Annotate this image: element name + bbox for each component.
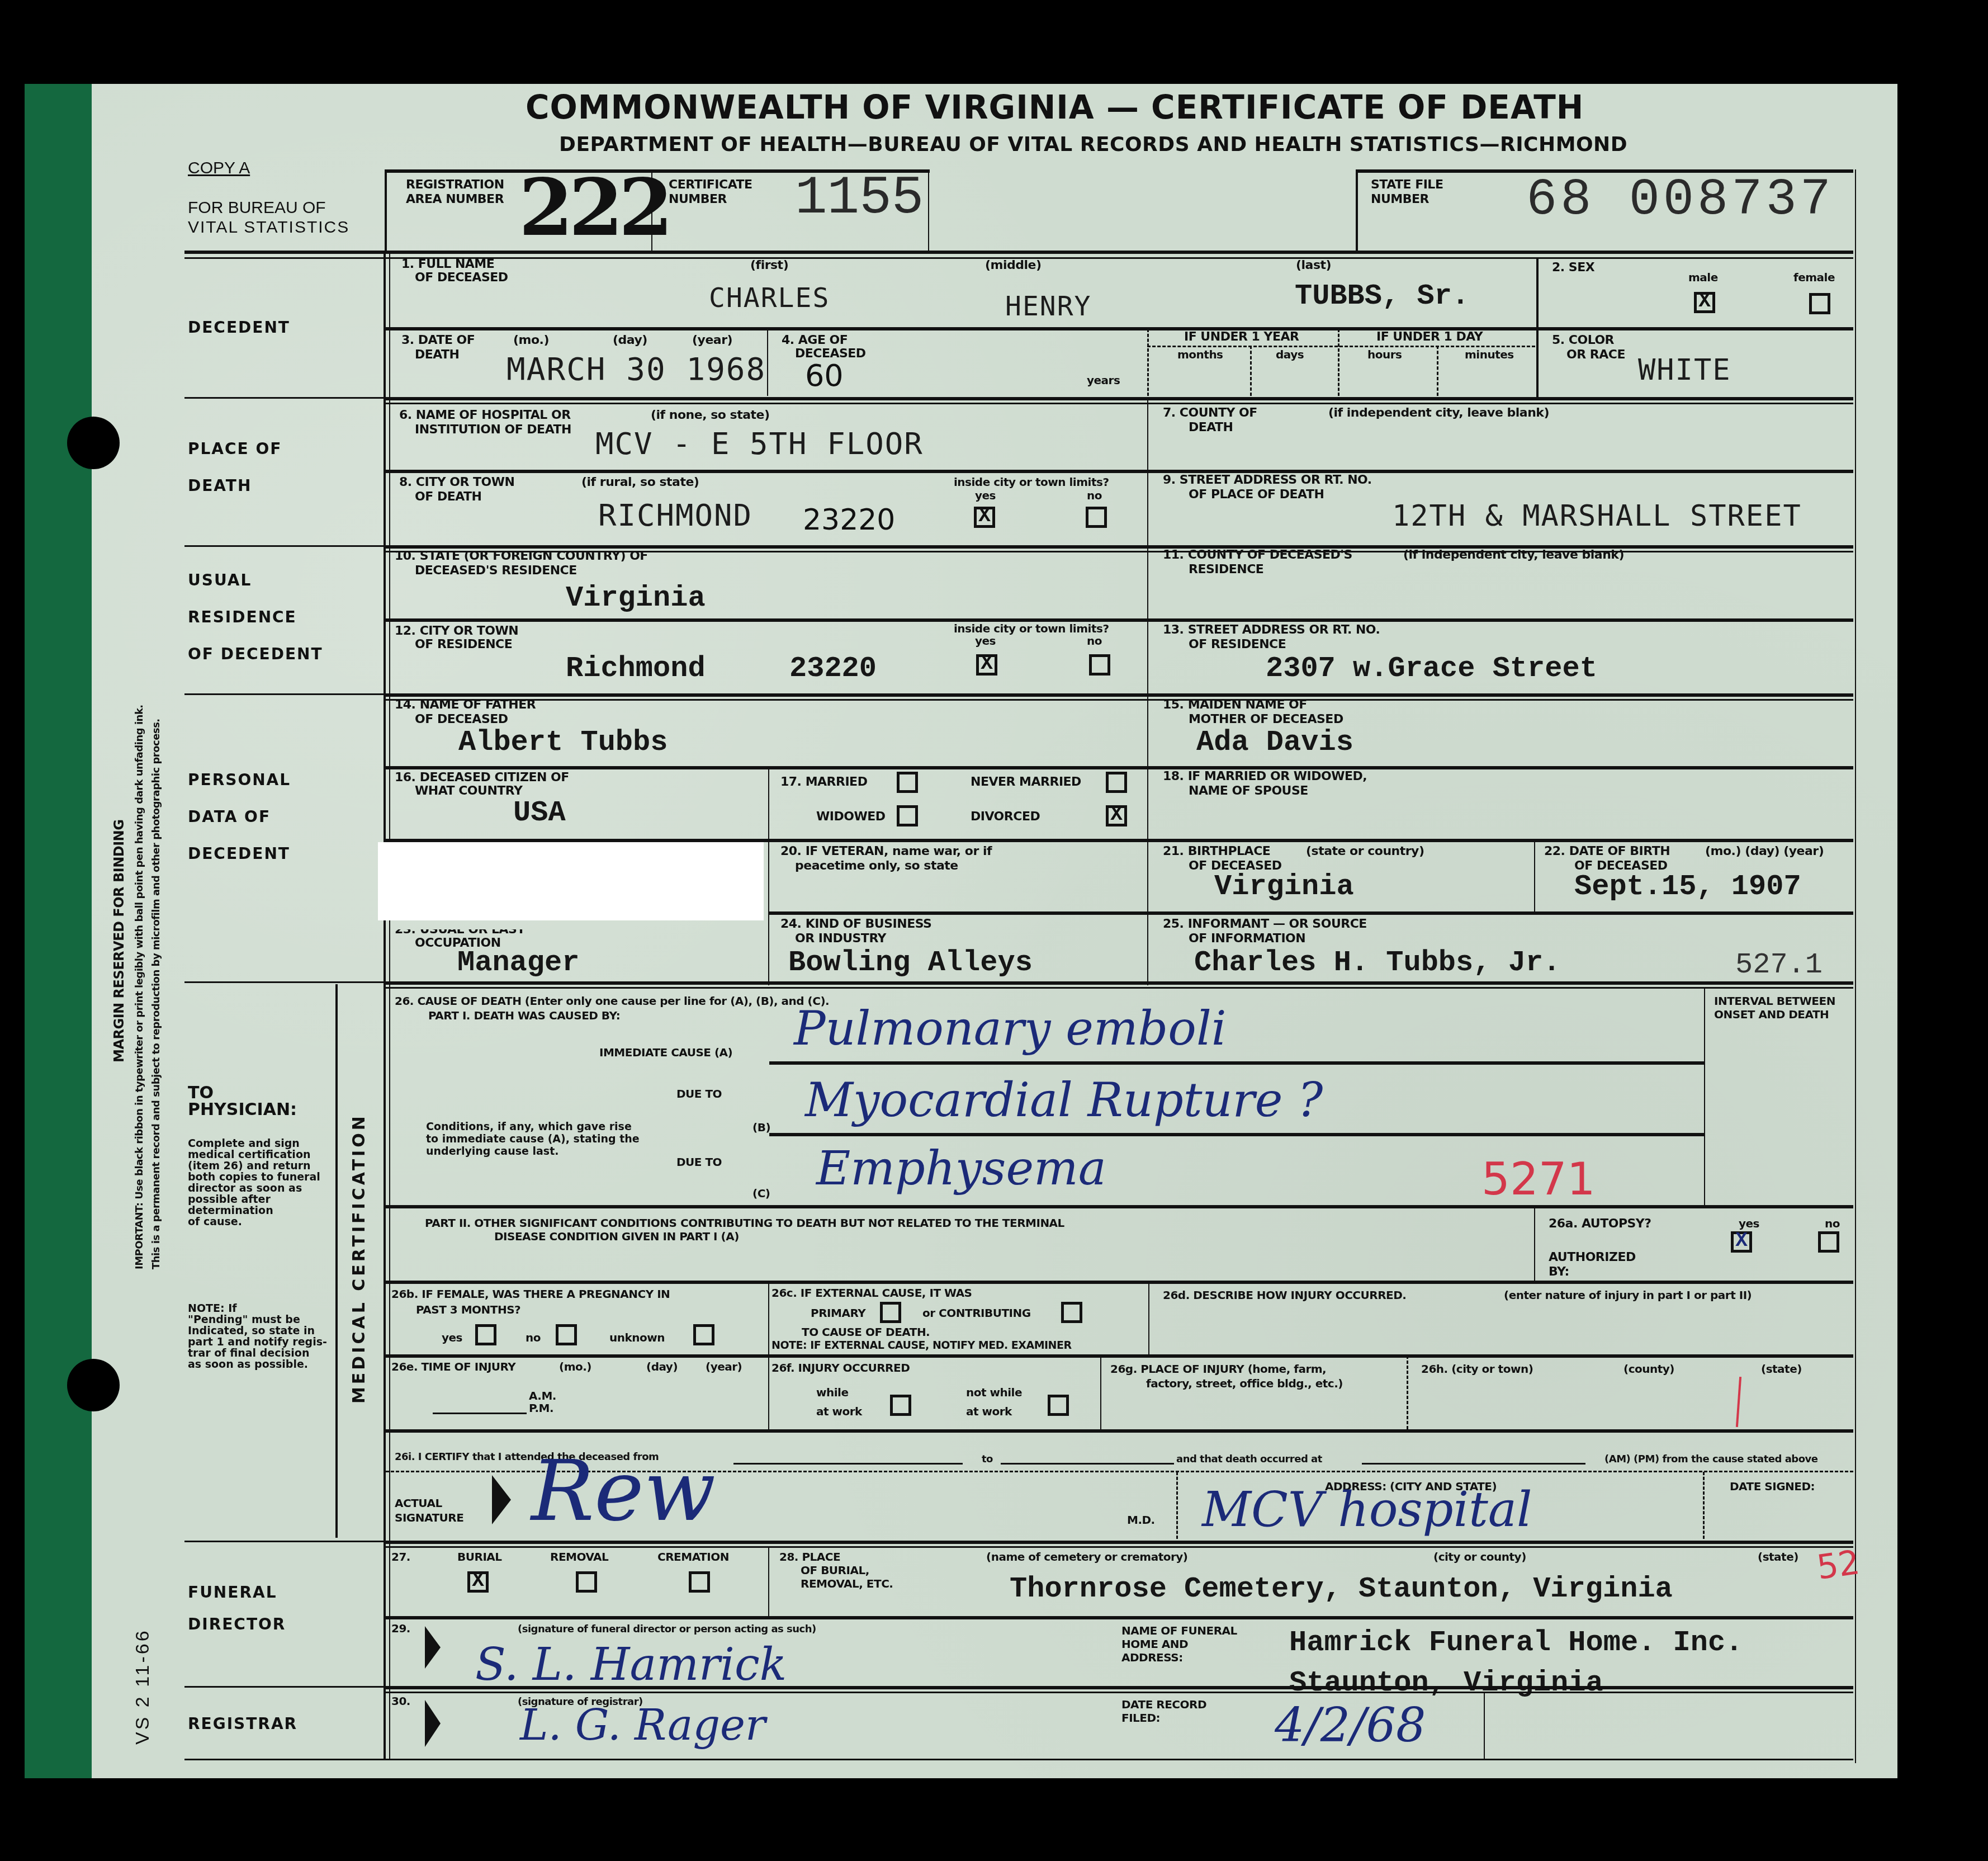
father-name: Albert Tubbs — [458, 726, 668, 759]
removal-checkbox[interactable] — [576, 1571, 597, 1593]
residence-city: Richmond — [566, 652, 706, 685]
copy-label: COPY A — [188, 159, 250, 178]
cause-c: Emphysema — [816, 1141, 1106, 1196]
age-value: 60 — [805, 358, 844, 393]
punch-hole-bottom — [67, 1359, 120, 1411]
death-inside-limits-no[interactable] — [1086, 507, 1107, 528]
pregnancy-yes-checkbox[interactable] — [475, 1324, 496, 1345]
certificate-paper — [25, 84, 1897, 1778]
autopsy-yes-checkbox[interactable]: X — [1731, 1231, 1752, 1253]
cause-b: Myocardial Rupture ? — [805, 1073, 1323, 1127]
death-zip: 23220 — [803, 503, 895, 537]
birthplace: Virginia — [1214, 870, 1354, 903]
mother-maiden-name: Ada Davis — [1196, 726, 1353, 759]
residence-street-address: 2307 w.Grace Street — [1266, 652, 1597, 685]
funeral-home-name: Hamrick Funeral Home. Inc. — [1289, 1626, 1743, 1659]
physician-signature: Rew — [531, 1443, 716, 1540]
first-name: CHARLES — [709, 282, 830, 314]
race-value: WHITE — [1638, 353, 1731, 387]
binding-margin-label: MARGIN RESERVED FOR BINDING — [112, 820, 126, 1062]
hospital-name: MCV - E 5TH FLOOR — [595, 426, 924, 461]
date-of-birth: Sept.15, 1907 — [1574, 870, 1801, 903]
redacted-field-19 — [378, 842, 764, 920]
registration-area-number: 222 — [519, 162, 669, 254]
pending-note: NOTE: If"Pending" must beIndicated, so s… — [188, 1303, 327, 1370]
last-name: TUBBS, Sr. — [1295, 280, 1469, 313]
registrar-arrow-icon — [425, 1700, 441, 1747]
city-of-death: RICHMOND — [598, 498, 752, 533]
page-subtitle: DEPARTMENT OF HEALTH—BUREAU OF VITAL REC… — [559, 133, 1627, 156]
physician-instructions: Complete and signmedical certification(i… — [188, 1138, 320, 1227]
external-primary-checkbox[interactable] — [880, 1302, 901, 1323]
residence-inside-limits-yes[interactable]: X — [976, 654, 997, 676]
conditions-note: Conditions, if any, which gave riseto im… — [426, 1121, 640, 1158]
autopsy-no-checkbox[interactable] — [1818, 1231, 1839, 1253]
residence-zip: 23220 — [789, 652, 877, 685]
industry: Bowling Alleys — [788, 946, 1033, 979]
bureau-label-2: VITAL STATISTICS — [188, 218, 349, 237]
citizenship: USA — [513, 796, 566, 829]
date-filed: 4/2/68 — [1275, 1698, 1426, 1753]
burial-checkbox[interactable]: X — [467, 1571, 489, 1593]
pregnancy-no-checkbox[interactable] — [556, 1324, 577, 1345]
cremation-checkbox[interactable] — [689, 1571, 710, 1593]
widowed-checkbox[interactable] — [897, 805, 918, 826]
sex-female-checkbox[interactable] — [1809, 293, 1830, 314]
registrar-signature: L. G. Rager — [520, 1700, 765, 1750]
informant-code: 527.1 — [1735, 948, 1823, 981]
signature-arrow-icon — [492, 1475, 511, 1524]
cause-a: Pulmonary emboli — [794, 1001, 1227, 1056]
punch-hole-top — [67, 417, 120, 469]
state-file-number: 68 008737 — [1526, 171, 1834, 229]
injury-at-work-checkbox[interactable] — [890, 1395, 911, 1416]
informant: Charles H. Tubbs, Jr. — [1194, 946, 1560, 979]
external-contributing-checkbox[interactable] — [1061, 1302, 1082, 1323]
married-checkbox[interactable] — [897, 772, 918, 793]
funeral-arrow-icon — [425, 1626, 441, 1669]
residence-state: Virginia — [566, 582, 706, 615]
red-cause-code: 5271 — [1481, 1153, 1596, 1205]
red-code-52: 52 — [1815, 1543, 1862, 1588]
page-title: COMMONWEALTH OF VIRGINIA — CERTIFICATE O… — [526, 88, 1584, 126]
residence-inside-limits-no[interactable] — [1089, 654, 1110, 676]
funeral-home-address: Staunton, Virginia — [1289, 1666, 1603, 1699]
occupation: Manager — [457, 946, 579, 979]
bureau-label-1: FOR BUREAU OF — [188, 199, 326, 218]
physician-address: MCV hospital — [1202, 1482, 1532, 1538]
funeral-director-signature: S. L. Hamrick — [475, 1638, 787, 1690]
burial-place: Thornrose Cemetery, Staunton, Virginia — [1010, 1572, 1673, 1605]
middle-name: HENRY — [1005, 291, 1092, 322]
pregnancy-unknown-checkbox[interactable] — [693, 1324, 714, 1345]
form-code: VS 2 11-66 — [132, 1628, 154, 1745]
divorced-checkbox[interactable]: X — [1106, 805, 1127, 826]
binding-stripe — [25, 84, 92, 1778]
date-of-death: MARCH 30 1968 — [507, 351, 766, 388]
medical-certification-label: MEDICAL CERTIFICATION — [349, 1113, 369, 1404]
death-street-address: 12TH & MARSHALL STREET — [1392, 499, 1802, 533]
death-inside-limits-yes[interactable]: X — [974, 507, 995, 528]
never-married-checkbox[interactable] — [1106, 772, 1127, 793]
sex-male-checkbox[interactable]: X — [1694, 292, 1715, 313]
certificate-number: 1155 — [795, 168, 924, 229]
injury-not-at-work-checkbox[interactable] — [1048, 1395, 1069, 1416]
